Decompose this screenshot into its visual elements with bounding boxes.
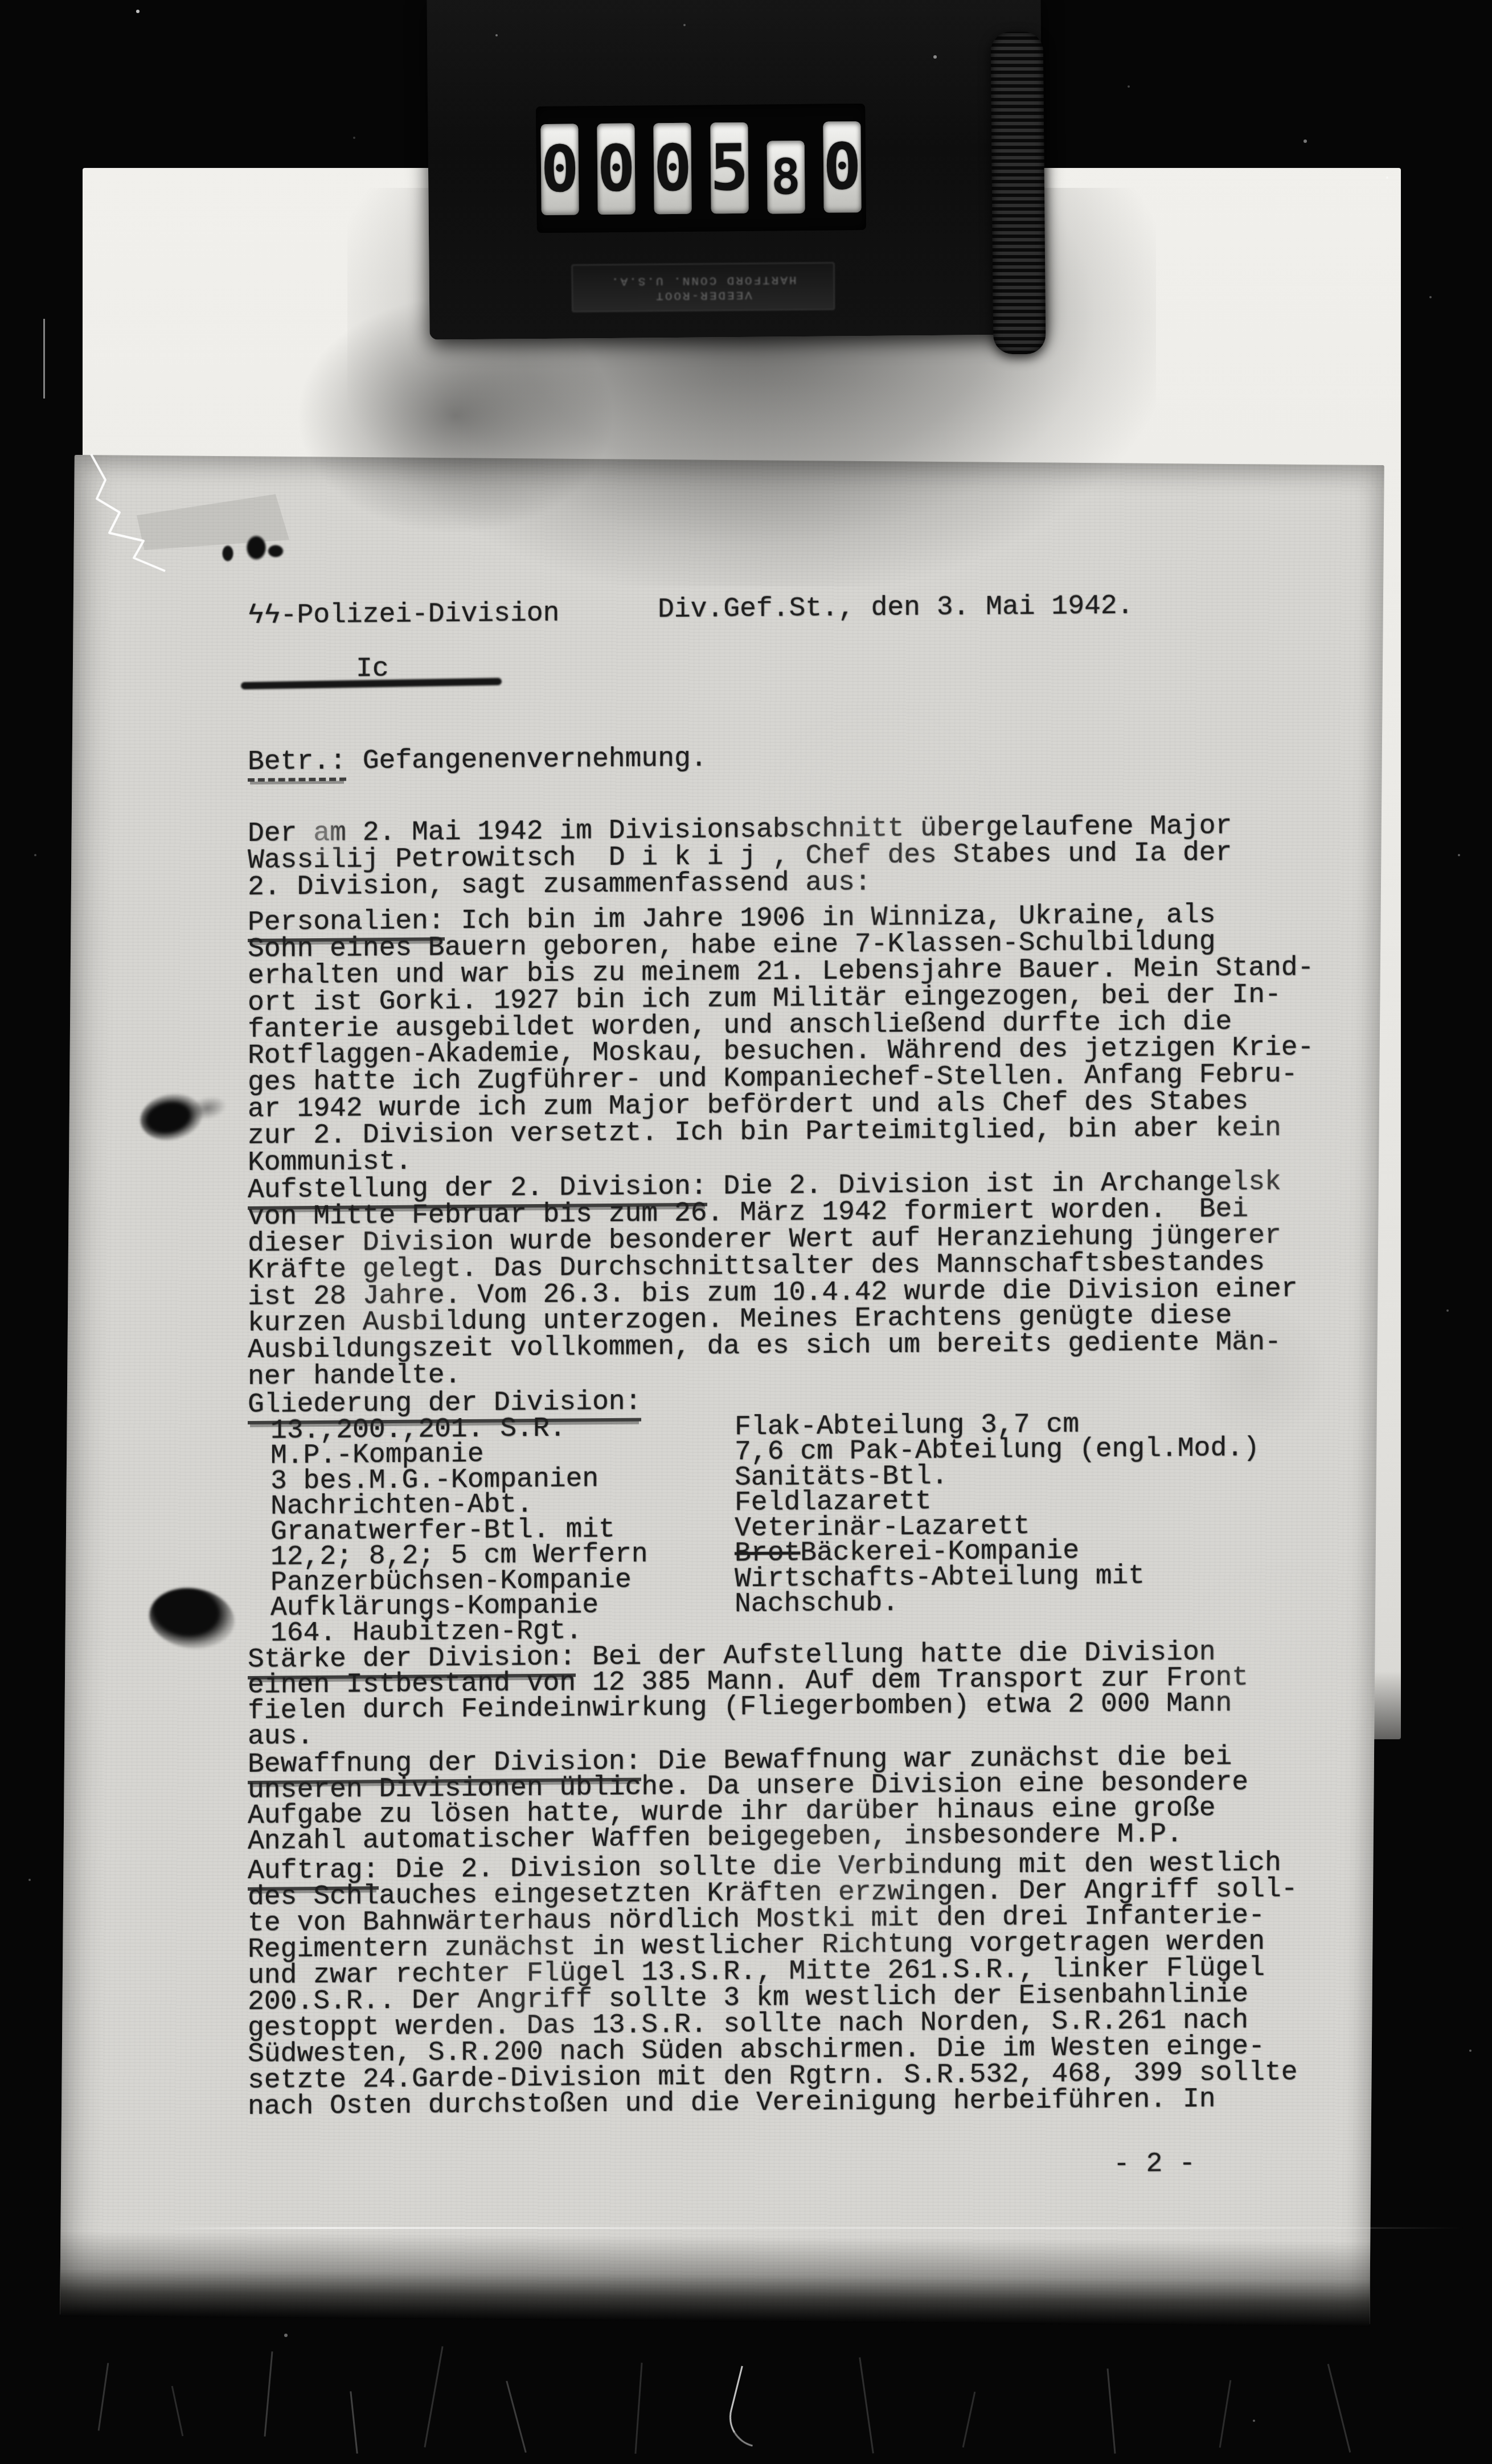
section-staerke: Stärke der Division: Bei der Aufstellung… — [248, 1639, 1314, 1750]
film-scratch — [80, 449, 182, 585]
frame-counter-device: 0 0 0 5 8 0 — [427, 0, 1043, 340]
counter-digit-cell: 0 — [823, 121, 861, 213]
section-auftrag: Auftrag: Die 2. Division sollte die Verb… — [248, 1850, 1314, 2120]
section-personalien: Personalien: Ich bin im Jahre 1906 in Wi… — [248, 902, 1314, 1177]
dust-specks — [0, 0, 2, 2]
counter-digit: 5 — [710, 136, 748, 200]
counter-digit: 0 — [823, 135, 862, 199]
right-unit: 7,6 cm Pak-Abteilung (engl.Mod.) — [735, 1436, 1260, 1465]
counter-digit-cell: 0 — [597, 124, 636, 215]
dateline: Div.Gef.St., den 3. Mai 1942. — [658, 591, 1133, 626]
plate-text: HARTFORD CONN. U.S.A. — [610, 272, 797, 288]
counter-knurled-wheel — [991, 32, 1046, 355]
counter-maker-plate: VEEDER-ROOT HARTFORD CONN. U.S.A. — [571, 262, 835, 312]
film-scratch — [859, 2358, 874, 2454]
counter-digit: 0 — [653, 137, 692, 201]
film-scratch — [1106, 2368, 1116, 2454]
document-body: Der am 2. Mai 1942 im Divisionsabschnitt… — [248, 812, 1314, 2120]
microfilm-frame: 0 0 0 5 8 0 — [0, 0, 1492, 2464]
gliederung-table: 13.,200.,201. S.R.Flak-Abteilung 3,7 cm … — [248, 1410, 1314, 1646]
film-scratch — [98, 2363, 109, 2430]
intro-paragraph: Der am 2. Mai 1942 im Divisionsabschnitt… — [248, 812, 1314, 901]
counter-digit-window: 0 0 0 5 8 0 — [536, 104, 866, 233]
unit-name: ϟϟ-Polizei-Division — [248, 598, 559, 631]
section-aufstellung: Aufstellung der 2. Division: Die 2. Divi… — [248, 1169, 1314, 1391]
film-scratch — [424, 2346, 443, 2447]
right-unit: Nachschub. — [735, 1591, 899, 1617]
film-scratch — [506, 2381, 527, 2453]
film-scratch — [962, 2392, 976, 2447]
section-bewaffnung: Bewaffnung der Division: Die Bewaffnung … — [248, 1744, 1314, 1855]
subject-line: Betr.: Gefangenenvernehmung. — [248, 744, 707, 778]
film-scratch — [159, 2227, 1492, 2229]
film-scratch — [43, 319, 45, 399]
counter-digit-cell: 0 — [654, 123, 692, 215]
text-line: 2. Division, sagt zusammenfassend aus: — [248, 866, 1314, 901]
subject-text: Gefangenenvernehmung. — [346, 744, 707, 777]
film-scratch — [264, 2351, 273, 2437]
film-scratch — [634, 2363, 642, 2454]
counter-digit: 8 — [771, 153, 801, 202]
counter-digit-cell: 0 — [540, 124, 579, 215]
counter-digit: 0 — [597, 137, 636, 202]
left-unit: 13.,200.,201. S.R. — [248, 1415, 735, 1444]
right-unit: Wirtschafts-Abteilung mit — [735, 1563, 1145, 1592]
counter-digit-cell: 8 — [767, 141, 805, 214]
ink-marks — [221, 524, 295, 578]
text-line: nach Osten durchstoßen und die Vereinigu… — [248, 2085, 1314, 2120]
film-scratch — [723, 2366, 771, 2447]
counter-digit-cell: 5 — [710, 122, 748, 214]
film-scratch — [1327, 2364, 1351, 2453]
film-scratch — [1219, 2380, 1232, 2448]
page-number: - 2 - — [1113, 2149, 1195, 2180]
counter-digit: 0 — [540, 137, 579, 202]
plate-text: VEEDER-ROOT — [654, 287, 752, 302]
film-scratch — [350, 2391, 358, 2454]
subject-label: Betr.: — [248, 746, 346, 782]
section-gliederung: Gliederung der Division: 13.,200.,201. S… — [248, 1383, 1314, 1646]
film-scratch — [171, 2386, 184, 2437]
text-line: fielen durch Feindeinwirkung (Fliegerbom… — [248, 1690, 1314, 1724]
